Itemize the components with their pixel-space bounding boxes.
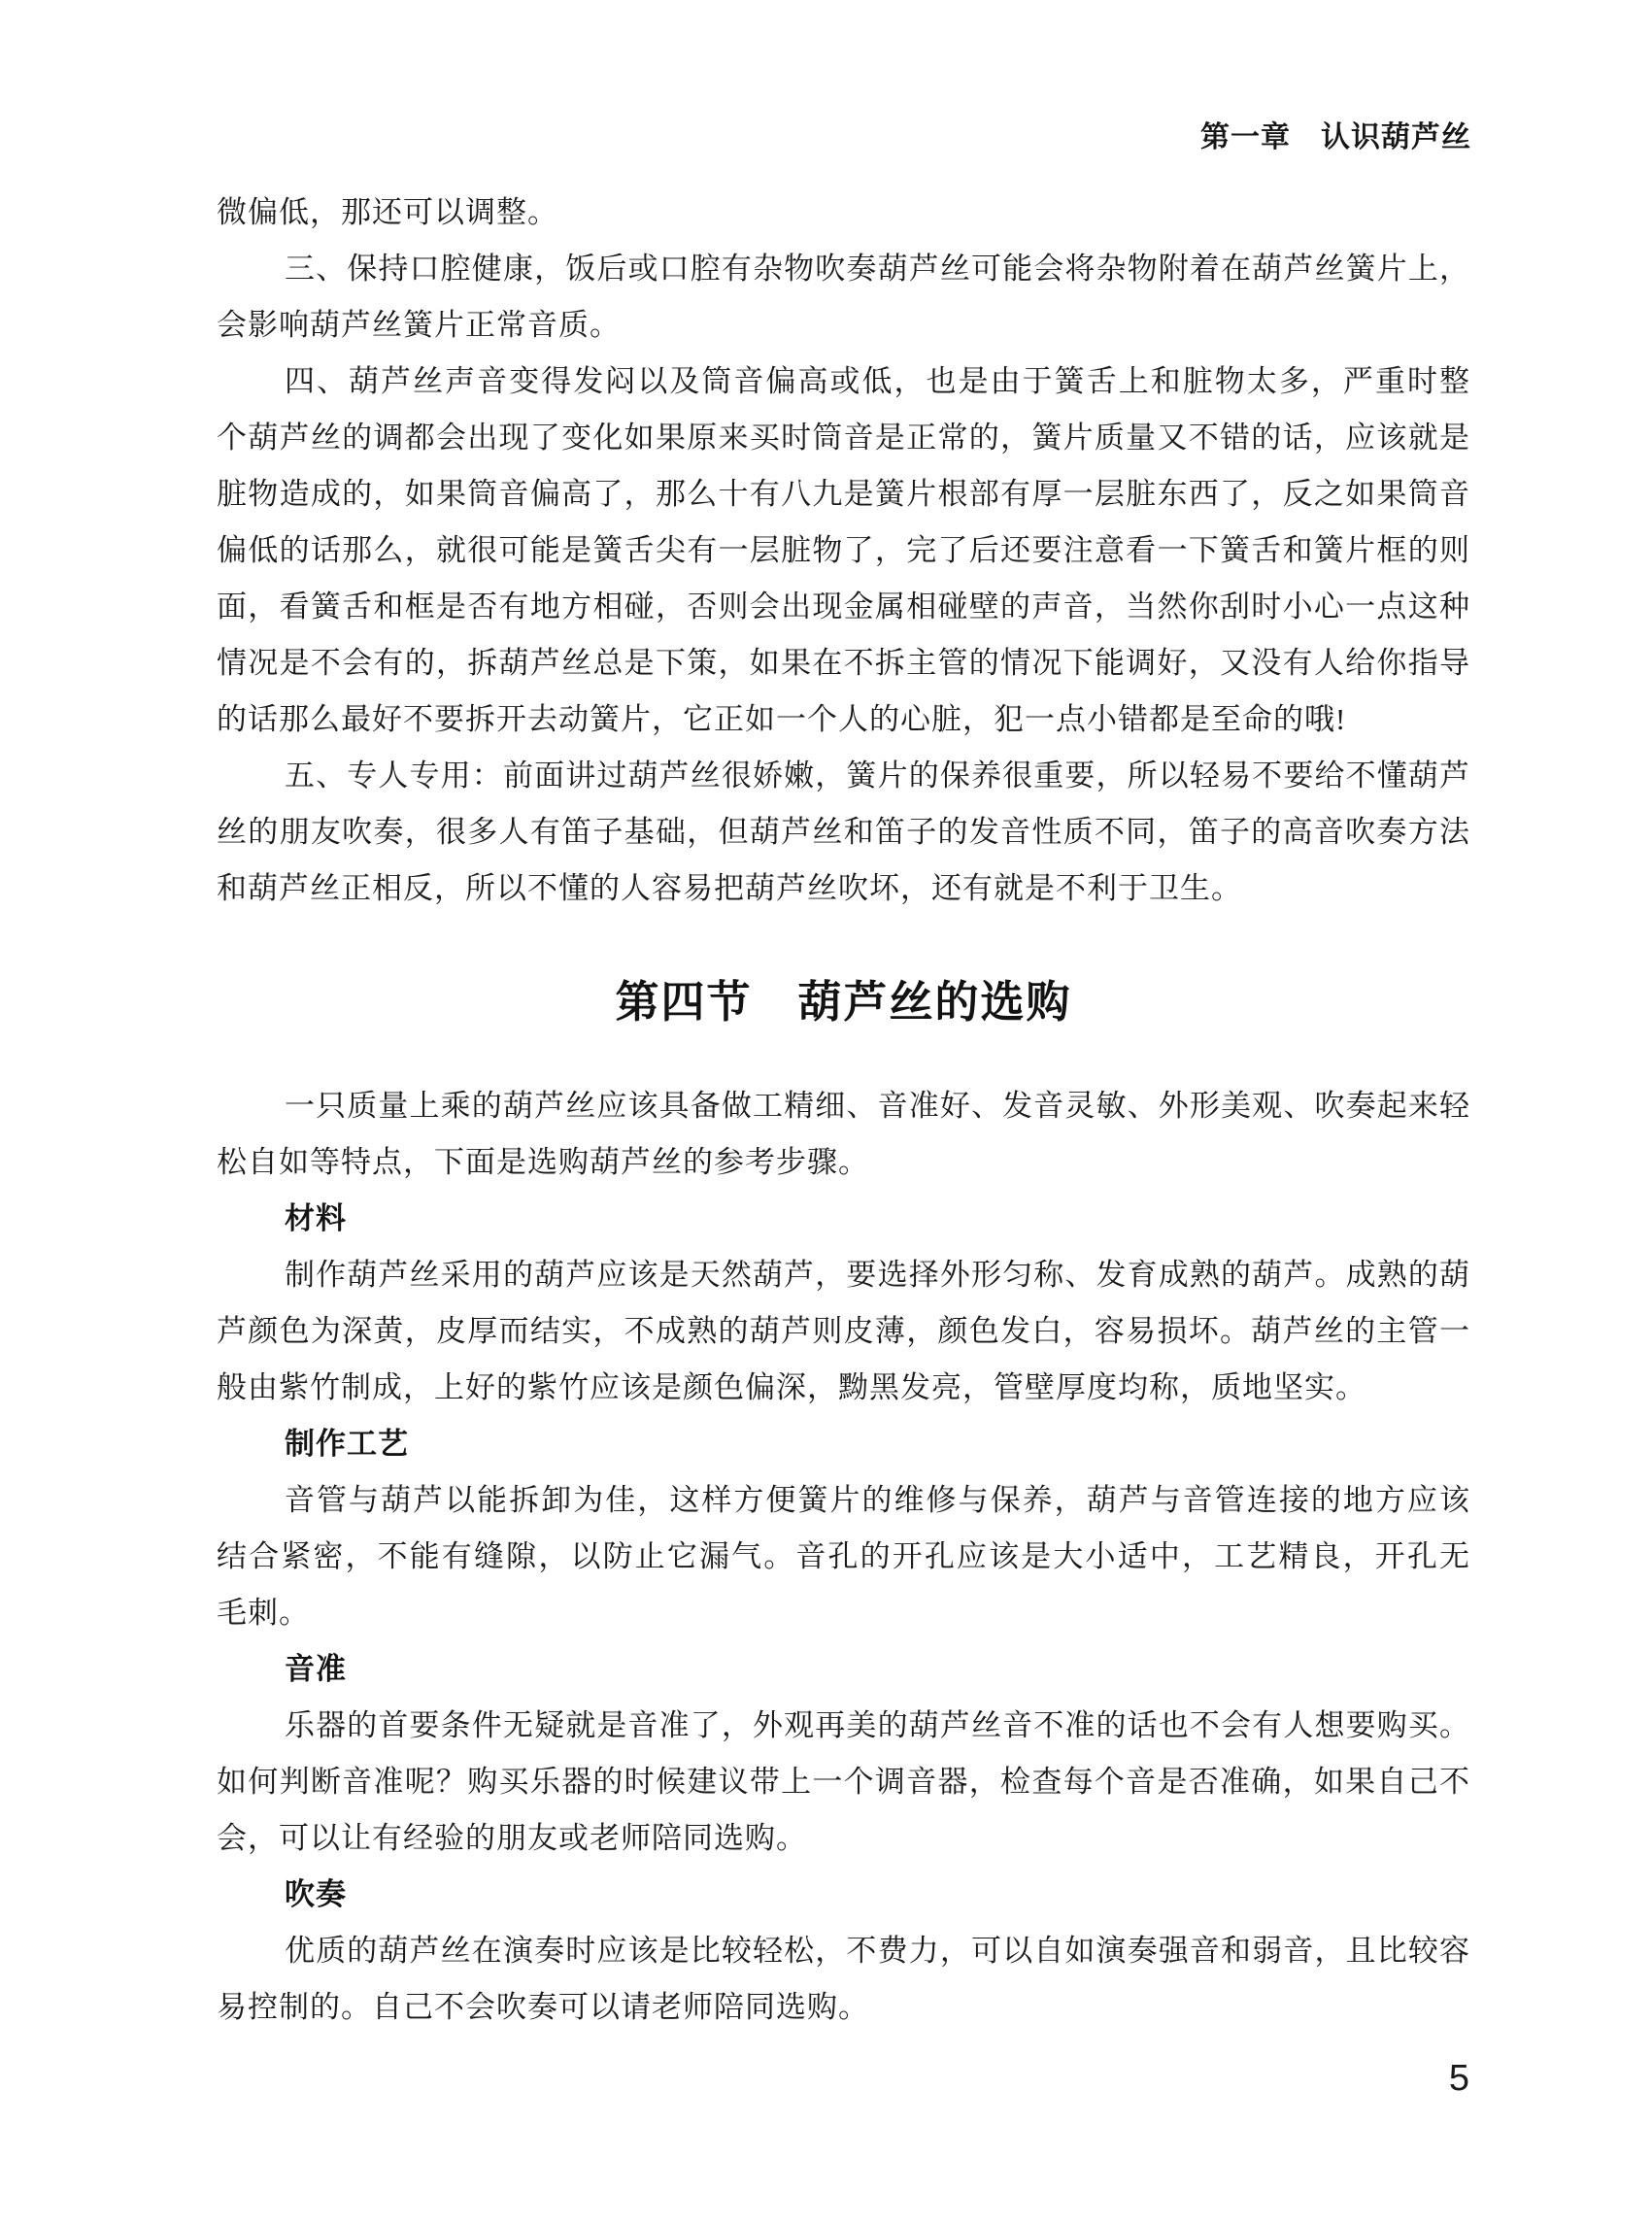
body-text-line: 五、专人专用：前面讲过葫芦丝很娇嫩，簧片的保养很重要，所以轻易不要给不懂葫芦 <box>217 748 1470 804</box>
body-text-line: 易控制的。自己不会吹奏可以请老师陪同选购。 <box>217 1979 1470 2036</box>
body-text-line: 微偏低，那还可以调整。 <box>217 185 1470 241</box>
body-text-line: 松自如等特点，下面是选购葫芦丝的参考步骤。 <box>217 1134 1470 1191</box>
body-text-line: 结合紧密，不能有缝隙，以防止它漏气。音孔的开孔应该是大小适中，工艺精良，开孔无 <box>217 1529 1470 1585</box>
book-page: 第一章 认识葫芦丝 微偏低，那还可以调整。三、保持口腔健康，饭后或口腔有杂物吹奏… <box>0 0 1652 2225</box>
body-text-line: 的话那么最好不要拆开去动簧片，它正如一个人的心脏，犯一点小错都是至命的哦! <box>217 691 1470 748</box>
body-text-line: 个葫芦丝的调都会出现了变化如果原来买时筒音是正常的，簧片质量又不错的话，应该就是 <box>217 410 1470 466</box>
body-text-line: 如何判断音准呢？购买乐器的时候建议带上一个调音器，检查每个音是否准确，如果自己不 <box>217 1754 1470 1810</box>
subheading: 材料 <box>217 1191 1470 1247</box>
body-text-line: 会影响葫芦丝簧片正常音质。 <box>217 297 1470 354</box>
subheading: 音准 <box>217 1641 1470 1698</box>
body-text-line: 制作葫芦丝采用的葫芦应该是天然葫芦，要选择外形匀称、发育成熟的葫芦。成熟的葫 <box>217 1247 1470 1303</box>
body-text-line: 优质的葫芦丝在演奏时应该是比较轻松，不费力，可以自如演奏强音和弱音，且比较容 <box>217 1923 1470 1979</box>
body-text-line: 脏物造成的，如果筒音偏高了，那么十有八九是簧片根部有厚一层脏东西了，反之如果筒音 <box>217 466 1470 523</box>
body-text-line: 芦颜色为深黄，皮厚而结实，不成熟的葫芦则皮薄，颜色发白，容易损坏。葫芦丝的主管一 <box>217 1303 1470 1360</box>
body-text-line: 一只质量上乘的葫芦丝应该具备做工精细、音准好、发音灵敏、外形美观、吹奏起来轻 <box>217 1078 1470 1134</box>
running-header: 第一章 认识葫芦丝 <box>1200 120 1471 155</box>
body-text-line: 丝的朋友吹奏，很多人有笛子基础，但葫芦丝和笛子的发音性质不同，笛子的高音吹奏方法 <box>217 804 1470 860</box>
body-text-line: 会，可以让有经验的朋友或老师陪同选购。 <box>217 1810 1470 1867</box>
subheading: 制作工艺 <box>217 1416 1470 1472</box>
body-text-line: 三、保持口腔健康，饭后或口腔有杂物吹奏葫芦丝可能会将杂物附着在葫芦丝簧片上， <box>217 241 1470 297</box>
body-text-line: 情况是不会有的，拆葫芦丝总是下策，如果在不拆主管的情况下能调好，又没有人给你指导 <box>217 635 1470 691</box>
body-text-line: 面，看簧舌和框是否有地方相碰，否则会出现金属相碰壁的声音，当然你刮时小心一点这种 <box>217 579 1470 635</box>
page-number: 5 <box>1449 2059 1469 2098</box>
subheading: 吹奏 <box>217 1867 1470 1923</box>
page-body-text: 微偏低，那还可以调整。三、保持口腔健康，饭后或口腔有杂物吹奏葫芦丝可能会将杂物附… <box>217 185 1470 2036</box>
body-text-line: 偏低的话那么，就很可能是簧舌尖有一层脏物了，完了后还要注意看一下簧舌和簧片框的则 <box>217 523 1470 579</box>
body-text-line: 乐器的首要条件无疑就是音准了，外观再美的葫芦丝音不准的话也不会有人想要购买。 <box>217 1698 1470 1754</box>
body-text-line: 四、葫芦丝声音变得发闷以及筒音偏高或低，也是由于簧舌上和脏物太多，严重时整 <box>217 354 1470 410</box>
body-text-line: 和葫芦丝正相反，所以不懂的人容易把葫芦丝吹坏，还有就是不利于卫生。 <box>217 860 1470 917</box>
body-text-line: 毛刺。 <box>217 1585 1470 1641</box>
section-title: 第四节 葫芦丝的选购 <box>217 979 1470 1026</box>
body-text-line: 音管与葫芦以能拆卸为佳，这样方便簧片的维修与保养，葫芦与音管连接的地方应该 <box>217 1472 1470 1529</box>
body-text-line: 般由紫竹制成，上好的紫竹应该是颜色偏深，黝黑发亮，管壁厚度均称，质地坚实。 <box>217 1360 1470 1416</box>
